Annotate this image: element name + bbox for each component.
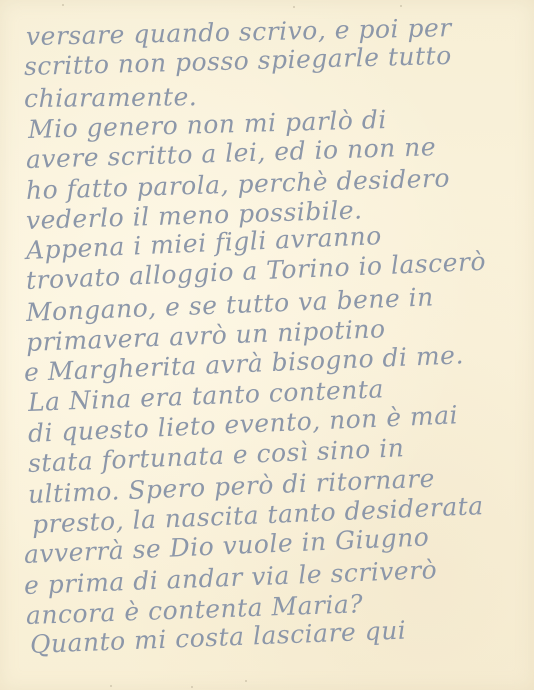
paper-speck: [62, 4, 64, 6]
paper-speck: [191, 686, 193, 688]
paper-speck: [245, 680, 247, 682]
letter-page: versare quando scrivo, e poi per scritto…: [0, 0, 535, 690]
paper-speck: [293, 6, 295, 8]
letter-line-3: chiaramente.: [24, 82, 198, 113]
scan-margin-right: [534, 0, 546, 698]
paper-speck: [400, 5, 402, 7]
paper-speck: [110, 685, 112, 687]
scan-margin-bottom: [0, 690, 546, 698]
